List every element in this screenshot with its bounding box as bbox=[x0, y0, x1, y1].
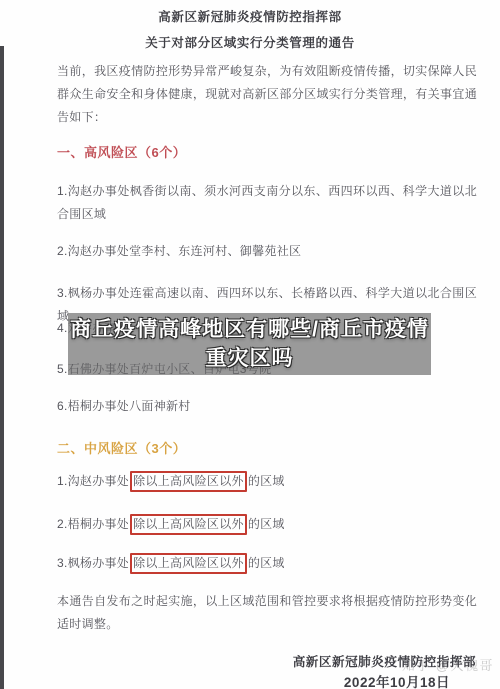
mid-risk-item-1-prefix: 1.沟赵办事处 bbox=[57, 474, 129, 488]
red-highlight-box: 除以上高风险区以外 bbox=[130, 553, 247, 574]
mid-risk-item-2: 2.梧桐办事处除以上高风险区以外的区域 bbox=[57, 513, 477, 536]
mid-risk-item-1-suffix: 的区域 bbox=[248, 474, 285, 488]
closing-paragraph: 本通告自发布之时起实施，以上区域范围和管控要求将根据疫情防控形势变化适时调整。 bbox=[57, 590, 477, 636]
mid-risk-item-3-suffix: 的区域 bbox=[248, 556, 285, 570]
red-highlight-box: 除以上高风险区以外 bbox=[130, 471, 247, 492]
left-edge-strip bbox=[0, 46, 4, 689]
signature-line: 高新区新冠肺炎疫情防控指挥部 bbox=[57, 651, 476, 670]
caption-overlay-banner: 商丘疫情高峰地区有哪些/商丘市疫情重灾区吗 bbox=[68, 313, 431, 375]
mid-risk-item-1: 1.沟赵办事处除以上高风险区以外的区域 bbox=[57, 470, 477, 493]
high-risk-item-6: 6.梧桐办事处八面神新村 bbox=[57, 395, 477, 418]
mid-risk-item-3-prefix: 3.枫杨办事处 bbox=[57, 556, 129, 570]
mid-risk-item-3: 3.枫杨办事处除以上高风险区以外的区域 bbox=[57, 552, 477, 575]
red-highlight-box: 除以上高风险区以外 bbox=[130, 514, 247, 535]
notice-screenshot: 高新区新冠肺炎疫情防控指挥部 关于对部分区域实行分类管理的通告 当前，我区疫情防… bbox=[0, 0, 500, 689]
document-title-line2: 关于对部分区域实行分类管理的通告 bbox=[0, 32, 500, 55]
high-risk-item-1: 1.沟赵办事处枫香街以南、须水河西支南分以东、西四环以西、科学大道以北合围区域 bbox=[57, 180, 477, 226]
mid-risk-item-3-boxed: 除以上高风险区以外 bbox=[133, 556, 244, 570]
date-line: 2022年10月18日 bbox=[57, 671, 450, 689]
mid-risk-item-2-prefix: 2.梧桐办事处 bbox=[57, 517, 129, 531]
mid-risk-item-2-boxed: 除以上高风险区以外 bbox=[133, 517, 244, 531]
mid-risk-item-2-suffix: 的区域 bbox=[248, 517, 285, 531]
mid-risk-heading: 二、中风险区（3个） bbox=[57, 437, 477, 460]
mid-risk-item-1-boxed: 除以上高风险区以外 bbox=[133, 474, 244, 488]
intro-paragraph: 当前，我区疫情防控形势异常严峻复杂，为有效阻断疫情传播，切实保障人民群众生命安全… bbox=[57, 60, 477, 129]
high-risk-heading: 一、高风险区（6个） bbox=[57, 141, 477, 164]
caption-overlay-title: 商丘疫情高峰地区有哪些/商丘市疫情重灾区吗 bbox=[68, 315, 431, 373]
high-risk-item-2: 2.沟赵办事处堂李村、东连河村、御馨苑社区 bbox=[57, 240, 477, 263]
document-title-line1: 高新区新冠肺炎疫情防控指挥部 bbox=[0, 6, 500, 29]
